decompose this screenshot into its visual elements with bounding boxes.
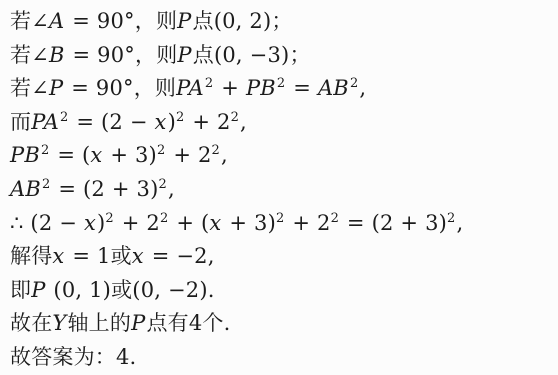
- text-segment: ,: [168, 177, 175, 201]
- line-conclusion: 故在Y轴上的P点有4个.: [10, 307, 552, 341]
- text-segment: ；: [271, 9, 292, 33]
- text-segment: 故在: [10, 311, 52, 335]
- text-segment: ,: [240, 110, 247, 134]
- text-segment: 点: [193, 43, 214, 67]
- text-segment: =: [286, 76, 318, 100]
- text-segment: ,: [221, 143, 228, 167]
- text-segment: ,: [359, 76, 366, 100]
- exponent: 2: [447, 211, 456, 226]
- math-variable: P: [49, 76, 64, 100]
- text-segment: = 90°: [65, 9, 134, 33]
- text-segment: 点有: [146, 311, 188, 335]
- exponent: 2: [350, 76, 359, 91]
- line-case-angle-P: 若∠P = 90°，则PA2 + PB2 = AB2,: [10, 72, 552, 106]
- text-segment: 若: [10, 43, 31, 67]
- exponent: 2: [42, 177, 51, 192]
- text-segment: 或: [111, 244, 132, 268]
- text-segment: 个.: [202, 311, 230, 335]
- text-segment: (0, 1): [47, 278, 112, 302]
- text-segment: = (2 + 3): [340, 211, 447, 235]
- exponent: 2: [157, 143, 166, 158]
- text-segment: + 3): [103, 143, 157, 167]
- text-segment: 轴上的: [67, 311, 131, 335]
- text-segment: = −2: [145, 244, 208, 268]
- text-segment: ，则: [134, 76, 176, 100]
- text-segment: 故答案为：: [10, 345, 116, 369]
- text-segment: ，则: [135, 9, 177, 33]
- text-segment: +: [214, 76, 246, 100]
- line-AB-squared: AB2 = (2 + 3)2,: [10, 173, 552, 207]
- math-variable: PA: [31, 110, 60, 134]
- text-segment: 若: [10, 76, 31, 100]
- text-segment: = (: [50, 143, 90, 167]
- line-answer: 故答案为：4.: [10, 341, 552, 375]
- math-variable: P: [131, 311, 146, 335]
- math-variable: x: [155, 110, 168, 134]
- line-equation: ∴ (2 − x)2 + 22 + (x + 3)2 + 22 = (2 + 3…: [10, 207, 552, 241]
- math-variable: AB: [318, 76, 350, 100]
- math-variable: x: [132, 244, 145, 268]
- text-segment: + (: [169, 211, 209, 235]
- text-segment: = 90°: [64, 76, 133, 100]
- math-variable: x: [52, 244, 65, 268]
- math-variable: AB: [10, 177, 42, 201]
- text-segment: + 3): [222, 211, 276, 235]
- exponent: 2: [231, 110, 240, 125]
- text-segment: ∠: [31, 9, 49, 33]
- text-segment: 解得: [10, 244, 52, 268]
- text-segment: 而: [10, 110, 31, 134]
- text-segment: ∴ (2 −: [10, 211, 84, 235]
- math-variable: PB: [246, 76, 277, 100]
- line-PB-squared: PB2 = (x + 3)2 + 22,: [10, 139, 552, 173]
- text-segment: 若: [10, 9, 31, 33]
- line-solve-x: 解得x = 1或x = −2,: [10, 240, 552, 274]
- exponent: 2: [41, 143, 50, 158]
- line-case-angle-B: 若∠B = 90°，则P点(0, −3)；: [10, 39, 552, 73]
- math-variable: B: [49, 43, 66, 67]
- math-variable: PB: [10, 143, 41, 167]
- line-PA-squared: 而PA2 = (2 − x)2 + 22,: [10, 106, 552, 140]
- math-variable: A: [49, 9, 65, 33]
- math-variable: P: [177, 9, 192, 33]
- text-segment: 4: [189, 311, 203, 335]
- exponent: 2: [212, 143, 221, 158]
- text-segment: ∠: [31, 43, 49, 67]
- exponent: 2: [60, 110, 69, 125]
- text-segment: ,: [208, 244, 215, 268]
- math-variable: x: [209, 211, 222, 235]
- exponent: 2: [205, 76, 214, 91]
- exponent: 2: [276, 211, 285, 226]
- text-segment: + 2: [185, 110, 230, 134]
- math-variable: Y: [52, 311, 67, 335]
- text-segment: + 2: [166, 143, 211, 167]
- exponent: 2: [277, 76, 286, 91]
- math-solution-document: 若∠A = 90°，则P点(0, 2)；若∠B = 90°，则P点(0, −3)…: [0, 0, 558, 375]
- math-variable: P: [31, 278, 46, 302]
- text-segment: ): [168, 110, 176, 134]
- text-segment: = (2 + 3): [51, 177, 158, 201]
- exponent: 2: [176, 110, 185, 125]
- math-variable: P: [177, 43, 192, 67]
- text-segment: = (2 −: [69, 110, 154, 134]
- text-segment: ∠: [31, 76, 49, 100]
- exponent: 2: [160, 211, 169, 226]
- text-segment: ；: [289, 43, 310, 67]
- math-variable: PA: [176, 76, 205, 100]
- text-segment: + 2: [115, 211, 160, 235]
- text-segment: 或: [111, 278, 132, 302]
- text-segment: ,: [457, 211, 464, 235]
- line-case-angle-A: 若∠A = 90°，则P点(0, 2)；: [10, 5, 552, 39]
- text-segment: 即: [10, 278, 31, 302]
- exponent: 2: [105, 211, 114, 226]
- text-segment: (0, −3): [214, 43, 289, 67]
- exponent: 2: [158, 177, 167, 192]
- exponent: 2: [331, 211, 340, 226]
- math-variable: x: [84, 211, 97, 235]
- text-segment: = 90°: [66, 43, 135, 67]
- text-segment: ，则: [135, 43, 177, 67]
- text-segment: (0, 2): [214, 9, 272, 33]
- text-segment: (0, −2).: [132, 278, 214, 302]
- solution-lines: 若∠A = 90°，则P点(0, 2)；若∠B = 90°，则P点(0, −3)…: [10, 5, 552, 375]
- text-segment: = 1: [65, 244, 110, 268]
- text-segment: + 2: [285, 211, 330, 235]
- text-segment: 点: [193, 9, 214, 33]
- math-variable: x: [90, 143, 103, 167]
- line-P-points: 即P (0, 1)或(0, −2).: [10, 274, 552, 308]
- text-segment: 4.: [116, 345, 136, 369]
